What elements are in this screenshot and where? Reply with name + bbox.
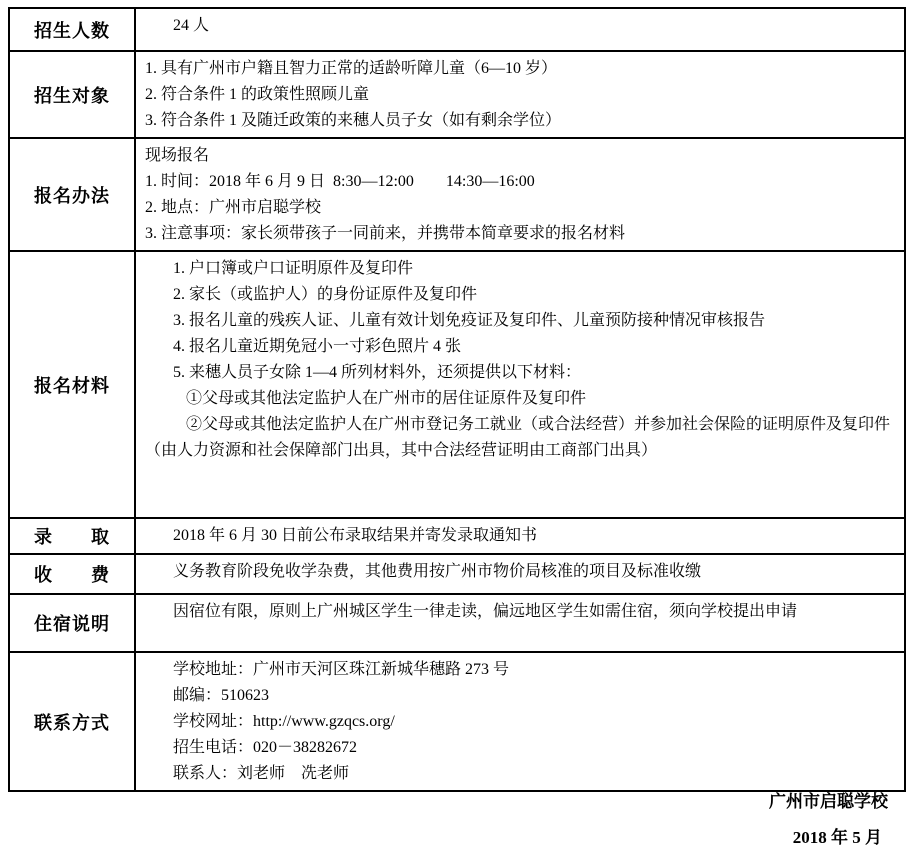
row-label-text: 招生人数 [34, 17, 110, 43]
table-row-registration-method: 报名办法 现场报名 1. 时间：2018 年 6 月 9 日 8:30—12:0… [10, 137, 904, 250]
row-label-text: 联系方式 [34, 709, 110, 735]
signature-school-name: 广州市启聪学校 [769, 784, 888, 820]
text-line: 义务教育阶段免收学杂费，其他费用按广州市物价局核准的项目及标准收缴 [145, 559, 890, 585]
row-label-contact-info: 联系方式 [10, 653, 136, 790]
text-line: 2. 符合条件 1 的政策性照顾儿童 [145, 82, 890, 108]
row-label-enrollment-count: 招生人数 [10, 9, 136, 50]
table-row-enrollment-targets: 招生对象 1. 具有广州市户籍且智力正常的适龄听障儿童（6—10 岁） 2. 符… [10, 50, 904, 137]
text-line: 5. 来穗人员子女除 1—4 所列材料外，还须提供以下材料： [145, 360, 890, 386]
row-label-text: 住宿说明 [34, 610, 110, 636]
row-label-registration-materials: 报名材料 [10, 252, 136, 517]
row-value-registration-method: 现场报名 1. 时间：2018 年 6 月 9 日 8:30—12:00 14:… [136, 139, 904, 250]
text-line: ②父母或其他法定监护人在广州市登记务工就业（或合法经营）并参加社会保险的证明原件… [145, 412, 890, 464]
row-value-fees: 义务教育阶段免收学杂费，其他费用按广州市物价局核准的项目及标准收缴 [136, 555, 904, 593]
text-line: 因宿位有限，原则上广州城区学生一律走读，偏远地区学生如需住宿，须向学校提出申请 [145, 599, 890, 625]
text-line: 现场报名 [145, 143, 890, 169]
text-line: 2018 年 6 月 30 日前公布录取结果并寄发录取通知书 [145, 523, 890, 549]
row-value-enrollment-targets: 1. 具有广州市户籍且智力正常的适龄听障儿童（6—10 岁） 2. 符合条件 1… [136, 52, 904, 137]
postal-code-line: 邮编：510623 [145, 683, 890, 709]
table-row-contact-info: 联系方式 学校地址：广州市天河区珠江新城华穗路 273 号 邮编：510623 … [10, 651, 904, 790]
text-line: 2. 地点：广州市启聪学校 [145, 195, 890, 221]
text-line: ①父母或其他法定监护人在广州市的居住证原件及复印件 [145, 386, 890, 412]
row-value-registration-materials: 1. 户口簿或户口证明原件及复印件 2. 家长（或监护人）的身份证原件及复印件 … [136, 252, 904, 517]
text-line: 2. 家长（或监护人）的身份证原件及复印件 [145, 282, 890, 308]
row-label-text: 录 取 [34, 523, 110, 549]
row-value-admission: 2018 年 6 月 30 日前公布录取结果并寄发录取通知书 [136, 519, 904, 553]
school-website-line: 学校网址：http://www.gzqcs.org/ [145, 709, 890, 735]
text-line: 4. 报名儿童近期免冠小一寸彩色照片 4 张 [145, 334, 890, 360]
table-row-registration-materials: 报名材料 1. 户口簿或户口证明原件及复印件 2. 家长（或监护人）的身份证原件… [10, 250, 904, 517]
row-label-registration-method: 报名办法 [10, 139, 136, 250]
document-page: 招生人数 24 人 招生对象 1. 具有广州市户籍且智力正常的适龄听障儿童（6—… [0, 0, 916, 857]
table-row-admission: 录 取 2018 年 6 月 30 日前公布录取结果并寄发录取通知书 [10, 517, 904, 553]
row-label-text: 招生对象 [34, 82, 110, 108]
table-row-fees: 收 费 义务教育阶段免收学杂费，其他费用按广州市物价局核准的项目及标准收缴 [10, 553, 904, 593]
signature-date: 2018 年 5 月 [769, 820, 888, 856]
row-label-text: 报名办法 [34, 182, 110, 208]
row-label-fees: 收 费 [10, 555, 136, 593]
enrollment-info-table: 招生人数 24 人 招生对象 1. 具有广州市户籍且智力正常的适龄听障儿童（6—… [8, 7, 906, 792]
row-value-accommodation: 因宿位有限，原则上广州城区学生一律走读，偏远地区学生如需住宿，须向学校提出申请 [136, 595, 904, 651]
school-address-line: 学校地址：广州市天河区珠江新城华穗路 273 号 [145, 657, 890, 683]
row-value-contact-info: 学校地址：广州市天河区珠江新城华穗路 273 号 邮编：510623 学校网址：… [136, 653, 904, 790]
text-line: 1. 具有广州市户籍且智力正常的适龄听障儿童（6—10 岁） [145, 56, 890, 82]
signature-block: 广州市启聪学校 2018 年 5 月 [769, 784, 888, 856]
row-label-admission: 录 取 [10, 519, 136, 553]
row-label-text: 收 费 [34, 561, 110, 587]
text-line: 1. 时间：2018 年 6 月 9 日 8:30—12:00 14:30—16… [145, 169, 890, 195]
row-label-accommodation: 住宿说明 [10, 595, 136, 651]
phone-line: 招生电话：020－38282672 [145, 735, 890, 761]
table-row-enrollment-count: 招生人数 24 人 [10, 9, 904, 50]
text-line: 1. 户口簿或户口证明原件及复印件 [145, 256, 890, 282]
text-line: 3. 符合条件 1 及随迁政策的来穗人员子女（如有剩余学位） [145, 108, 890, 134]
text-line: 3. 注意事项：家长须带孩子一同前来，并携带本简章要求的报名材料 [145, 221, 890, 247]
table-row-accommodation: 住宿说明 因宿位有限，原则上广州城区学生一律走读，偏远地区学生如需住宿，须向学校… [10, 593, 904, 651]
row-label-enrollment-targets: 招生对象 [10, 52, 136, 137]
row-label-text: 报名材料 [34, 372, 110, 398]
text-line: 3. 报名儿童的残疾人证、儿童有效计划免疫证及复印件、儿童预防接种情况审核报告 [145, 308, 890, 334]
text-line: 24 人 [145, 13, 890, 39]
row-value-enrollment-count: 24 人 [136, 9, 904, 50]
